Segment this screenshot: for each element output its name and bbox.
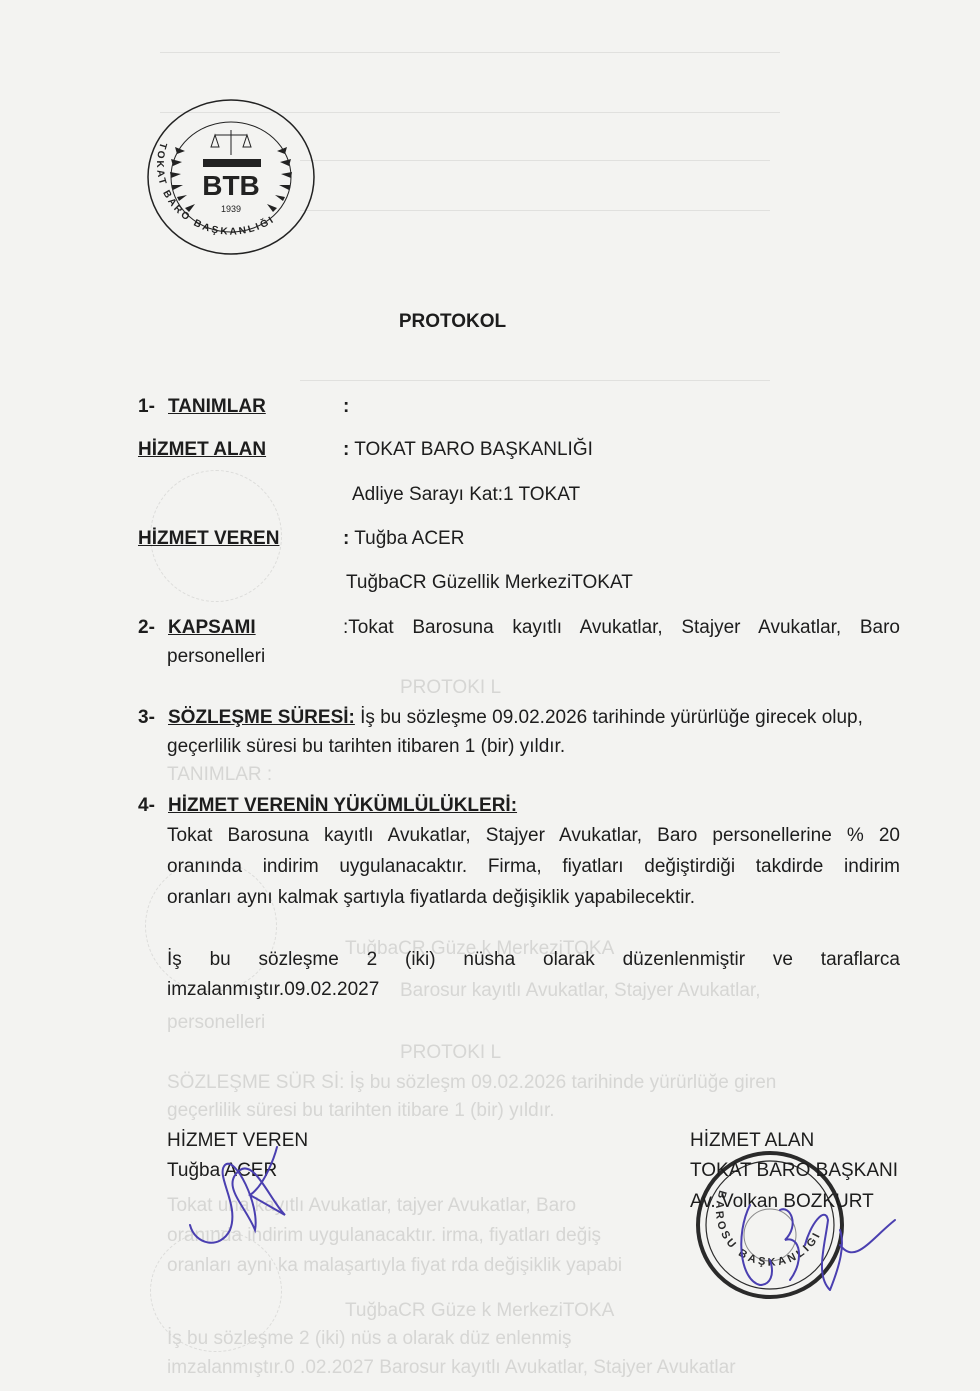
bar-association-logo: BTB 1939 TOKAT BARO BAŞKANLIĞI — [145, 97, 317, 257]
title-text: PROTOKOL — [399, 311, 506, 333]
bleed-through-line — [160, 52, 780, 53]
section-label: SÖZLEŞME SÜRESİ: — [168, 707, 355, 729]
closing-date: imzalanmıştır.09.02.2027 — [167, 979, 379, 1001]
bleed-through-seal — [145, 860, 277, 992]
section-label: TANIMLAR — [168, 396, 343, 418]
svg-text:BTB: BTB — [202, 170, 260, 201]
service-recipient-name: TOKAT BARO BAŞKANLIĞI — [354, 439, 593, 460]
bleed-through-text: oranları aynı ka malaşartıyla fiyat rda … — [167, 1255, 622, 1277]
bleed-through-text: Barosur kayıtlı Avukatlar, Stajyer Avuka… — [400, 980, 760, 1002]
document-title: PROTOKOL — [0, 311, 905, 333]
bleed-through-text: TANIMLAR : — [167, 764, 272, 786]
svg-text:1939: 1939 — [221, 204, 241, 214]
section-2-scope: 2-KAPSAMI:Tokat Barosuna kayıtlı Avukatl… — [138, 617, 900, 639]
bleed-through-text: TuğbaCR Güze k MerkeziTOKA — [345, 1300, 614, 1322]
section-4-line: oranında indirim uygulanacaktır. Firma, … — [167, 856, 900, 878]
bleed-through-text: personelleri — [167, 1012, 265, 1034]
bleed-through-text: SÖZLEŞME SÜR Sİ: İş bu sözleşm 09.02.202… — [167, 1072, 776, 1094]
document-page: PROTOKI L TANIMLAR : TuğbaCR Güze k Merk… — [0, 0, 980, 1391]
section-4-line: Tokat Barosuna kayıtlı Avukatlar, Stajye… — [167, 825, 900, 847]
bleed-through-text: geçerlilik süresi bu tarihten itibare 1 … — [167, 1100, 555, 1122]
bleed-through-line — [300, 210, 770, 211]
service-recipient-address: Adliye Sarayı Kat:1 TOKAT — [352, 484, 580, 506]
service-recipient-label: HİZMET ALAN — [138, 439, 343, 461]
recipient-signature-role: HİZMET ALAN — [690, 1130, 814, 1152]
recipient-signature-mark — [730, 1185, 900, 1305]
section-label: HİZMET VERENİN YÜKÜMLÜLÜKLERİ: — [168, 795, 517, 817]
recipient-signature-title: TOKAT BARO BAŞKANI — [690, 1160, 898, 1182]
section-label: KAPSAMI — [168, 617, 343, 639]
service-provider-row: HİZMET VEREN: Tuğba ACER — [138, 528, 464, 550]
service-provider-label: HİZMET VEREN — [138, 528, 343, 550]
bleed-through-text: PROTOKI L — [400, 677, 501, 699]
bleed-through-text: İş bu sözleşme 2 (iki) nüs a olarak düz … — [167, 1328, 571, 1350]
bleed-through-line — [300, 380, 770, 381]
section-1-definitions: 1-TANIMLAR: — [138, 396, 349, 418]
service-provider-business: TuğbaCR Güzellik MerkeziTOKAT — [346, 572, 633, 594]
closing-statement: İş bu sözleşme 2 (iki) nüsha olarak düze… — [167, 949, 900, 971]
section-3-text-continued: geçerlilik süresi bu tarihten itibaren 1… — [167, 736, 565, 758]
section-4-line: oranları aynı kalmak şartıyla fiyatlarda… — [167, 887, 695, 909]
service-provider-name: Tuğba ACER — [354, 528, 464, 549]
bleed-through-line — [300, 160, 770, 161]
service-recipient-row: HİZMET ALAN: TOKAT BARO BAŞKANLIĞI — [138, 439, 593, 461]
section-2-text-continued: personelleri — [167, 646, 265, 668]
bleed-through-text: PROTOKI L — [400, 1042, 501, 1064]
bleed-through-text: imzalanmıştır.0 .02.2027 Barosur kayıtlı… — [167, 1357, 736, 1379]
provider-signature-mark — [185, 1145, 295, 1250]
section-3-duration: 3-SÖZLEŞME SÜRESİ: İş bu sözleşme 09.02.… — [138, 707, 863, 729]
section-4-obligations: 4-HİZMET VERENİN YÜKÜMLÜLÜKLERİ: — [138, 795, 517, 817]
